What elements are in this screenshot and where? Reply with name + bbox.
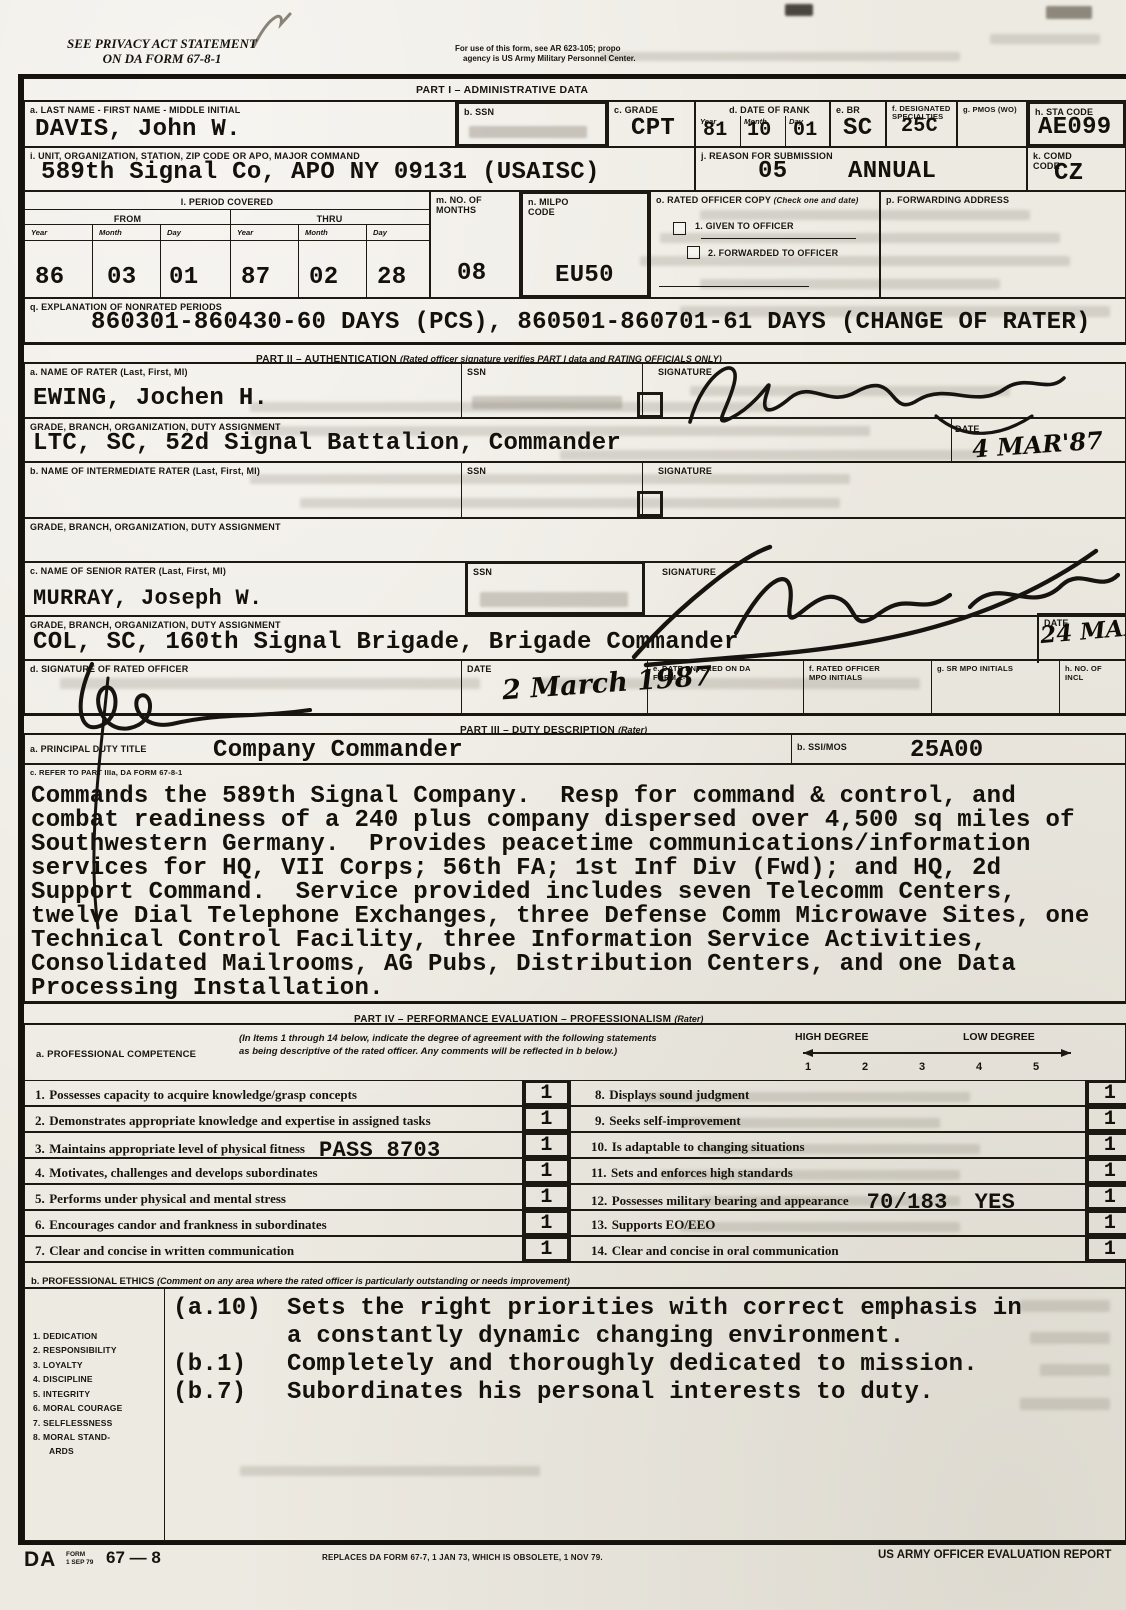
period-label: l. PERIOD COVERED bbox=[181, 194, 273, 207]
rating-value: 1 bbox=[540, 1186, 552, 1209]
forwarded-date-line bbox=[659, 286, 809, 287]
item-num: 8. bbox=[595, 1087, 605, 1102]
copy-label-paren: (Check one and date) bbox=[774, 196, 859, 205]
privacy-act-note: SEE PRIVACY ACT STATEMENT ON DA FORM 67-… bbox=[62, 36, 262, 66]
item-row-11: 11. Sets and enforces high standards bbox=[570, 1158, 1086, 1184]
ssimos-value: 25A00 bbox=[910, 737, 984, 764]
degree-scale-arrow bbox=[793, 1047, 1081, 1059]
scale-2: 2 bbox=[862, 1061, 868, 1073]
ssn-redaction bbox=[469, 126, 587, 138]
item-row-13: 13. Supports EO/EEO bbox=[570, 1210, 1086, 1236]
item-text: Possesses military bearing and appearanc… bbox=[612, 1193, 849, 1208]
from-day-label: Day bbox=[167, 228, 181, 237]
thru-year-label: Year bbox=[237, 228, 253, 237]
item-text: Is adaptable to changing situations bbox=[612, 1139, 805, 1154]
ethics-value: 1. DEDICATION bbox=[33, 1331, 97, 1341]
thru-month-label: Month bbox=[305, 228, 328, 237]
item-num: 11. bbox=[591, 1165, 607, 1180]
copy-label: o. RATED OFFICER COPY (Check one and dat… bbox=[651, 192, 879, 206]
nonrated-value: 860301-860430-60 DAYS (PCS), 860501-8607… bbox=[91, 309, 1091, 336]
item-row-4: 4. Motivates, challenges and develops su… bbox=[24, 1158, 523, 1184]
ethics-value: 5. INTEGRITY bbox=[33, 1389, 90, 1399]
ethics-comment-text: Completely and thoroughly dedicated to m… bbox=[287, 1351, 978, 1378]
thru-month-value: 02 bbox=[309, 264, 338, 291]
field-pmos: g. PMOS (WO) bbox=[957, 101, 1027, 147]
intermediate-grade-label: GRADE, BRANCH, ORGANIZATION, DUTY ASSIGN… bbox=[25, 519, 1125, 532]
ethics-comment-text: a constantly dynamic changing environmen… bbox=[287, 1323, 905, 1350]
field-grade: c. GRADE CPT bbox=[608, 101, 695, 147]
field-branch: e. BR SC bbox=[830, 101, 886, 147]
last-name-value: DAVIS, John W. bbox=[35, 116, 241, 143]
footer-form-date: 1 SEP 79 bbox=[66, 1559, 93, 1566]
item-text: Supports EO/EEO bbox=[612, 1217, 716, 1232]
competence-label: a. PROFESSIONAL COMPETENCE bbox=[31, 1047, 196, 1060]
high-degree-label: HIGH DEGREE bbox=[795, 1031, 869, 1043]
item-text: Performs under physical and mental stres… bbox=[49, 1191, 286, 1206]
item-text: Encourages candor and frankness in subor… bbox=[49, 1217, 327, 1232]
competence-instruction2: as being descriptive of the rated office… bbox=[239, 1046, 617, 1057]
field-last-name: a. LAST NAME - FIRST NAME - MIDDLE INITI… bbox=[24, 101, 456, 147]
item-num: 9. bbox=[595, 1113, 605, 1128]
item-num: 7. bbox=[35, 1243, 45, 1258]
senior-rater-signature bbox=[618, 535, 1126, 675]
ethics-value: 6. MORAL COURAGE bbox=[33, 1403, 122, 1413]
ethics-comment-code: (b.7) bbox=[173, 1379, 247, 1406]
field-ssn: b. SSN bbox=[456, 101, 608, 147]
field-reason-for-submission: j. REASON FOR SUBMISSION 05 ANNUAL bbox=[695, 147, 1027, 191]
rater-ssn-redaction bbox=[472, 396, 622, 409]
ethics-value: 3. LOYALTY bbox=[33, 1360, 83, 1370]
item-text: Motivates, challenges and develops subor… bbox=[49, 1165, 317, 1180]
item-rating-10: 1 bbox=[1086, 1132, 1126, 1158]
ssimos-label: b. SSI/MOS bbox=[792, 735, 847, 752]
item-rating-8: 1 bbox=[1086, 1080, 1126, 1106]
item-row-3: 3. Maintains appropriate level of physic… bbox=[24, 1132, 523, 1158]
item-row-14: 14. Clear and concise in oral communicat… bbox=[570, 1236, 1086, 1262]
rating-value: 1 bbox=[1104, 1186, 1116, 1209]
milpo-value: EU50 bbox=[555, 262, 614, 289]
ethics-label: b. PROFESSIONAL ETHICS bbox=[31, 1276, 157, 1287]
unit-value: 589th Signal Co, APO NY 09131 (USAISC) bbox=[41, 159, 600, 186]
item-row-6: 6. Encourages candor and frankness in su… bbox=[24, 1210, 523, 1236]
professional-competence-header: a. PROFESSIONAL COMPETENCE (In Items 1 t… bbox=[24, 1024, 1126, 1080]
intermediate-name-row: b. NAME OF INTERMEDIATE RATER (Last, Fir… bbox=[24, 462, 1126, 518]
item-rating-7: 1 bbox=[523, 1236, 570, 1262]
rating-value: 1 bbox=[1104, 1238, 1116, 1261]
field-rated-officer-copy: o. RATED OFFICER COPY (Check one and dat… bbox=[650, 191, 880, 298]
ethics-value: 2. RESPONSIBILITY bbox=[33, 1345, 117, 1355]
reason-code: 05 bbox=[758, 158, 787, 185]
scale-4: 4 bbox=[976, 1061, 982, 1073]
item-rating-9: 1 bbox=[1086, 1106, 1126, 1132]
item-num: 4. bbox=[35, 1165, 45, 1180]
copy-label-main: o. RATED OFFICER COPY bbox=[656, 195, 774, 205]
footer-form-number: 67 — 8 bbox=[106, 1548, 161, 1568]
forwarding-address-label: p. FORWARDING ADDRESS bbox=[881, 192, 1125, 205]
part1-header: PART I – ADMINISTRATIVE DATA bbox=[24, 77, 1126, 101]
ethics-comment-text: Sets the right priorities with correct e… bbox=[287, 1295, 1022, 1322]
thru-day-label: Day bbox=[373, 228, 387, 237]
rater-name-value: EWING, Jochen H. bbox=[33, 385, 268, 412]
competence-instruction1: (In Items 1 through 14 below, indicate t… bbox=[239, 1033, 657, 1044]
scan-artifact bbox=[1046, 6, 1092, 19]
item-num: 10. bbox=[591, 1139, 607, 1154]
footer-title: US ARMY OFFICER EVALUATION REPORT bbox=[878, 1549, 1111, 1561]
item-text: Possesses capacity to acquire knowledge/… bbox=[49, 1087, 357, 1102]
item-row-2: 2. Demonstrates appropriate knowledge an… bbox=[24, 1106, 523, 1132]
dor-label: d. DATE OF RANK bbox=[696, 102, 829, 115]
item-rating-6: 1 bbox=[523, 1210, 570, 1236]
part4-header: PART IV – PERFORMANCE EVALUATION – PROFE… bbox=[24, 1002, 1126, 1024]
item-row-1: 1. Possesses capacity to acquire knowled… bbox=[24, 1080, 523, 1106]
milpo-label: n. MILPO CODE bbox=[523, 194, 578, 217]
item-row-12: 12. Possesses military bearing and appea… bbox=[570, 1184, 1086, 1210]
rating-value: 1 bbox=[1104, 1108, 1116, 1131]
senior-ssn-label: SSN bbox=[468, 564, 642, 577]
low-degree-label: LOW DEGREE bbox=[963, 1031, 1035, 1043]
rating-value: 1 bbox=[1104, 1082, 1116, 1105]
from-year-label: Year bbox=[31, 228, 47, 237]
field-date-of-rank: d. DATE OF RANK Year Month Day 81 10 01 bbox=[695, 101, 830, 147]
given-date-line bbox=[701, 238, 856, 239]
item-text: Sets and enforces high standards bbox=[611, 1165, 793, 1180]
item-text: Demonstrates appropriate knowledge and e… bbox=[49, 1113, 430, 1128]
footer-replaces: REPLACES DA FORM 67-7, 1 JAN 73, WHICH I… bbox=[322, 1553, 603, 1562]
field-sta-code: h. STA CODE AE099 bbox=[1027, 101, 1126, 147]
comd-value: CZ bbox=[1054, 160, 1083, 187]
field-period-covered: l. PERIOD COVERED FROM THRU Year Month D… bbox=[24, 191, 430, 298]
thru-day-value: 28 bbox=[377, 264, 406, 291]
rating-value: 1 bbox=[1104, 1134, 1116, 1157]
ethics-comment-text: Subordinates his personal interests to d… bbox=[287, 1379, 934, 1406]
ethics-value: 4. DISCIPLINE bbox=[33, 1374, 93, 1384]
ethics-label-paren: (Comment on any area where the rated off… bbox=[157, 1276, 570, 1286]
ethics-value: ARDS bbox=[49, 1446, 74, 1456]
thru-year-value: 87 bbox=[241, 264, 270, 291]
item-rating-5: 1 bbox=[523, 1184, 570, 1210]
privacy-line1: SEE PRIVACY ACT STATEMENT bbox=[62, 36, 262, 51]
rating-value: 1 bbox=[540, 1082, 552, 1105]
from-year-value: 86 bbox=[35, 264, 64, 291]
item-rating-1: 1 bbox=[523, 1080, 570, 1106]
pmos-label: g. PMOS (WO) bbox=[958, 102, 1026, 115]
sta-value: AE099 bbox=[1038, 114, 1112, 141]
item-row-7: 7. Clear and concise in written communic… bbox=[24, 1236, 523, 1262]
ethics-label-row: b. PROFESSIONAL ETHICS (Comment on any a… bbox=[24, 1262, 1126, 1288]
months-label: m. NO. OF MONTHS bbox=[431, 192, 486, 215]
form-use-line2: agency is US Army Military Personnel Cen… bbox=[455, 54, 636, 64]
from-month-value: 03 bbox=[107, 264, 136, 291]
grade-label: c. GRADE bbox=[609, 102, 694, 115]
rater-grade-value: LTC, SC, 52d Signal Battalion, Commander bbox=[33, 430, 621, 457]
given-to-officer-checkbox bbox=[673, 222, 686, 235]
duty-desc-line: Processing Installation. bbox=[31, 975, 384, 1002]
senior-ssn-redaction bbox=[480, 592, 628, 607]
from-label: FROM bbox=[114, 212, 141, 224]
rating-value: 1 bbox=[540, 1160, 552, 1183]
field-comd-code: k. COMD CODE CZ bbox=[1027, 147, 1126, 191]
thru-label: THRU bbox=[317, 212, 343, 224]
rating-value: 1 bbox=[540, 1134, 552, 1157]
dor-day-value: 01 bbox=[793, 119, 818, 142]
ethics-value: 7. SELFLESSNESS bbox=[33, 1418, 113, 1428]
ethics-comment-code: (a.10) bbox=[173, 1295, 261, 1322]
reason-value: ANNUAL bbox=[848, 158, 936, 185]
item-rating-4: 1 bbox=[523, 1158, 570, 1184]
spec-value: 25C bbox=[901, 115, 938, 138]
scale-1: 1 bbox=[805, 1061, 811, 1073]
item-row-10: 10. Is adaptable to changing situations bbox=[570, 1132, 1086, 1158]
item-row-8: 8. Displays sound judgment bbox=[570, 1080, 1086, 1106]
branch-value: SC bbox=[843, 115, 872, 142]
item-num: 13. bbox=[591, 1217, 607, 1232]
months-value: 08 bbox=[457, 260, 486, 287]
item-num: 14. bbox=[591, 1243, 607, 1258]
item-num: 6. bbox=[35, 1217, 45, 1232]
privacy-line2: ON DA FORM 67-8-1 bbox=[62, 51, 262, 66]
form-use-note: For use of this form, see AR 623-105; pr… bbox=[455, 44, 636, 64]
item-rating-12: 1 bbox=[1086, 1184, 1126, 1210]
ethics-value: 8. MORAL STAND- bbox=[33, 1432, 110, 1442]
form-use-line1: For use of this form, see AR 623-105; pr… bbox=[455, 44, 636, 54]
da-form-67-8-scanned-page: SEE PRIVACY ACT STATEMENT ON DA FORM 67-… bbox=[0, 0, 1126, 1610]
field-forwarding-address: p. FORWARDING ADDRESS bbox=[880, 191, 1126, 298]
rating-value: 1 bbox=[540, 1238, 552, 1261]
dor-month-value: 10 bbox=[747, 119, 772, 142]
rater-ssn-label: SSN bbox=[462, 364, 642, 377]
ssn-label: b. SSN bbox=[459, 104, 605, 117]
item-text: Displays sound judgment bbox=[609, 1087, 749, 1102]
field-milpo-code: n. MILPO CODE EU50 bbox=[520, 191, 650, 298]
ethics-comment-code: (b.1) bbox=[173, 1351, 247, 1378]
field-no-of-months: m. NO. OF MONTHS 08 bbox=[430, 191, 520, 298]
from-month-label: Month bbox=[99, 228, 122, 237]
duty-desc-line: Consolidated Mailrooms, AG Pubs, Distrib… bbox=[31, 951, 1016, 978]
scale-3: 3 bbox=[919, 1061, 925, 1073]
intermediate-signature-box bbox=[637, 491, 663, 517]
rating-value: 1 bbox=[1104, 1160, 1116, 1183]
item-num: 1. bbox=[35, 1087, 45, 1102]
item-num: 3. bbox=[35, 1141, 45, 1156]
field-designated-specialties: f. DESIGNATED SPECIALTIES 25C bbox=[886, 101, 957, 147]
item-row-9: 9. Seeks self-improvement bbox=[570, 1106, 1086, 1132]
rated-officer-signature bbox=[20, 636, 440, 936]
senior-name-value: MURRAY, Joseph W. bbox=[33, 586, 263, 611]
footer-da: DA bbox=[24, 1548, 56, 1572]
item-rating-13: 1 bbox=[1086, 1210, 1126, 1236]
grade-value: CPT bbox=[631, 115, 675, 142]
item-row-5: 5. Performs under physical and mental st… bbox=[24, 1184, 523, 1210]
part1-title: PART I – ADMINISTRATIVE DATA bbox=[416, 84, 588, 96]
field-nonrated-periods: q. EXPLANATION OF NONRATED PERIODS 86030… bbox=[24, 298, 1126, 343]
form-bottom-border bbox=[18, 1541, 1126, 1545]
item-rating-14: 1 bbox=[1086, 1236, 1126, 1262]
item-num: 12. bbox=[591, 1193, 607, 1208]
item-rating-11: 1 bbox=[1086, 1158, 1126, 1184]
given-to-officer-label: 1. GIVEN TO OFFICER bbox=[695, 221, 794, 231]
dor-year-value: 81 bbox=[703, 119, 728, 142]
intermediate-ssn-label: SSN bbox=[462, 463, 642, 476]
scale-5: 5 bbox=[1033, 1061, 1039, 1073]
branch-label: e. BR bbox=[831, 102, 885, 115]
part4-title-paren: (Rater) bbox=[674, 1014, 703, 1024]
rating-value: 1 bbox=[540, 1212, 552, 1235]
footer-form-word: FORM bbox=[66, 1551, 85, 1558]
rating-value: 1 bbox=[1104, 1212, 1116, 1235]
forwarded-checkbox bbox=[687, 246, 700, 259]
scan-artifact bbox=[785, 4, 813, 16]
from-day-value: 01 bbox=[169, 264, 198, 291]
ethics-body: 1. DEDICATION 2. RESPONSIBILITY 3. LOYAL… bbox=[24, 1288, 1126, 1541]
item-text: Maintains appropriate level of physical … bbox=[49, 1141, 305, 1156]
item-rating-2: 1 bbox=[523, 1106, 570, 1132]
item-text: Clear and concise in written communicati… bbox=[49, 1243, 294, 1258]
item-text: Seeks self-improvement bbox=[609, 1113, 741, 1128]
last-name-label: a. LAST NAME - FIRST NAME - MIDDLE INITI… bbox=[25, 102, 455, 115]
item-num: 2. bbox=[35, 1113, 45, 1128]
field-unit: i. UNIT, ORGANIZATION, STATION, ZIP CODE… bbox=[24, 147, 695, 191]
item-num: 5. bbox=[35, 1191, 45, 1206]
item-text: Clear and concise in oral communication bbox=[612, 1243, 839, 1258]
item-rating-3: 1 bbox=[523, 1132, 570, 1158]
forwarded-label: 2. FORWARDED TO OFFICER bbox=[708, 248, 838, 258]
rating-value: 1 bbox=[540, 1108, 552, 1131]
